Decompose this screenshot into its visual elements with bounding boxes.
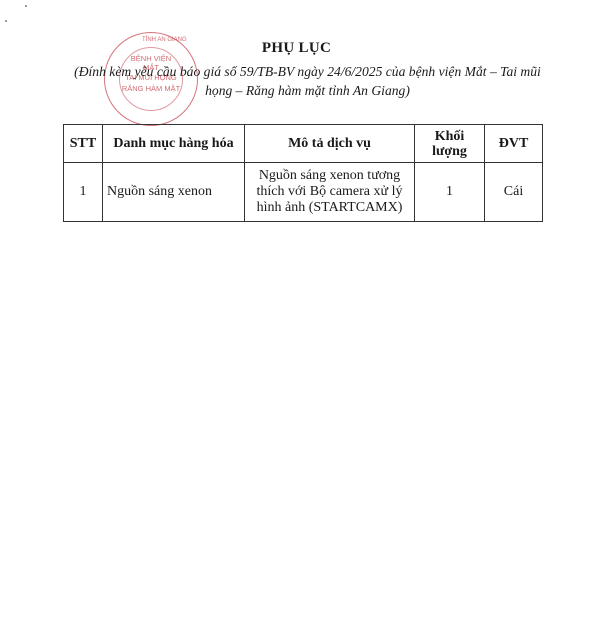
header-service-description: Mô tả dịch vụ [245,125,415,163]
scan-speck [5,20,7,22]
cell-unit: Cái [485,163,543,222]
table-header-row: STT Danh mục hàng hóa Mô tả dịch vụ Khối… [64,125,543,163]
table-row: 1 Nguồn sáng xenon Nguồn sáng xenon tươn… [64,163,543,222]
document-title: PHỤ LỤC [0,40,593,57]
subtitle-line-1: (Đính kèm yêu cầu báo giá số 59/TB-BV ng… [70,62,545,81]
document-subtitle: (Đính kèm yêu cầu báo giá số 59/TB-BV ng… [70,62,545,100]
header-item-category: Danh mục hàng hóa [103,125,245,163]
header-unit: ĐVT [485,125,543,163]
scan-speck [25,5,27,7]
appendix-table: STT Danh mục hàng hóa Mô tả dịch vụ Khối… [63,124,543,222]
cell-quantity: 1 [415,163,485,222]
cell-stt: 1 [64,163,103,222]
header-quantity: Khối lượng [415,125,485,163]
cell-item-category: Nguồn sáng xenon [103,163,245,222]
cell-service-description: Nguồn sáng xenon tương thích với Bộ came… [245,163,415,222]
subtitle-line-2: họng – Răng hàm mặt tỉnh An Giang) [70,81,545,100]
header-stt: STT [64,125,103,163]
